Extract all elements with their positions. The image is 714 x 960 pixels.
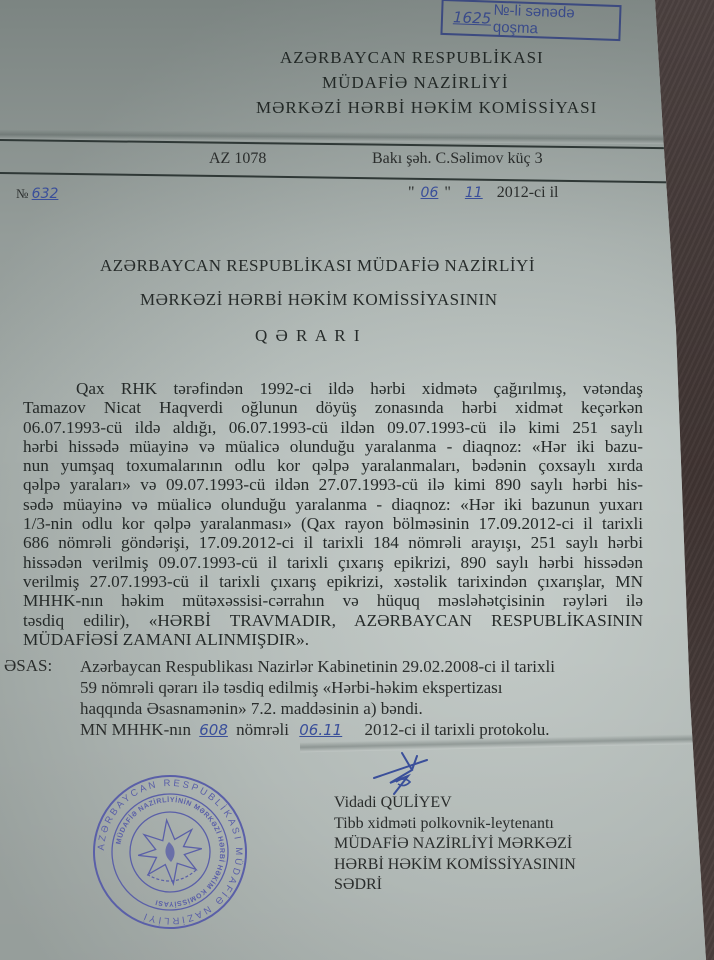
basis-line: Azərbaycan Respublikası Nazirlər Kabinet… [80, 656, 555, 677]
address: Bakı şəh. C.Səlimov küç 3 [372, 150, 543, 168]
signatory-rank: Tibb xidməti polkovnik-leytenantı [334, 814, 576, 835]
body-line: MHHK-nın həkim mütəxəssisi-cərrahın və h… [23, 591, 643, 610]
protocol-suffix: 2012-ci il tarixli protokolu. [364, 720, 549, 739]
reference-date: "06" 11 2012-ci il [408, 184, 558, 202]
body-line: hərbi hissədə müayinə və müalicə olunduğ… [23, 437, 643, 456]
protocol-number: 608 [195, 721, 232, 739]
date-day: 06 [415, 185, 445, 201]
protocol-mid: nömrəli [236, 720, 289, 739]
letterhead-line-3: MƏRKƏZİ HƏRBİ HƏKİM KOMİSSİYASI [256, 98, 597, 118]
protocol-line: MN MHHK-nın 608 nömrəli 06.11 2012-ci il… [80, 719, 555, 741]
body-line: verilmiş 27.07.1993-cü il tarixli çıxarı… [23, 572, 643, 591]
date-year: 2012-ci il [497, 184, 559, 201]
signature-block: Vidadi QULİYEV Tibb xidməti polkovnik-le… [334, 793, 576, 896]
decision-title-line-2: MƏRKƏZİ HƏRBİ HƏKİM KOMİSSİYASININ [140, 290, 497, 310]
decision-title-line-1: AZƏRBAYCAN RESPUBLİKASI MÜDAFİƏ NAZİRLİY… [100, 256, 535, 276]
body-line: nun yumşaq toxumalarının odlu kor qəlpə … [23, 456, 643, 475]
stamp-text: №-li sənədə qoşma [493, 2, 620, 40]
body-line: 686 nömrəli göndərişi, 17.09.2012-ci il … [23, 533, 643, 552]
document-page: 1625 №-li sənədə qoşma AZƏRBAYCAN RESPUB… [0, 0, 714, 960]
basis-line: haqqında Əsasnamənin» 7.2. maddəsinin a)… [80, 698, 555, 719]
basis-label: ƏSAS: [4, 656, 52, 676]
signatory-position-1: MÜDAFİƏ NAZİRLİYİ MƏRKƏZİ [334, 834, 576, 855]
signatory-position-2: HƏRBİ HƏKİM KOMİSSİYASININ [334, 855, 576, 876]
attachment-stamp: 1625 №-li sənədə qoşma [440, 0, 621, 41]
reference-number-field: № 632 [16, 186, 58, 202]
basis-text: Azərbaycan Respublikası Nazirlər Kabinet… [80, 656, 555, 741]
body-line: qəlpə yaraları» və 09.07.1993-cü ildən 2… [23, 475, 643, 494]
body-line: 1/3-nin odlu kor qəlpə yaralanması» (Qax… [23, 514, 643, 533]
signature-scribble-icon [372, 748, 442, 798]
body-line: Qax RHK tərəfindən 1992-ci ildə hərbi xi… [23, 379, 643, 398]
body-line: 06.07.1993-cü ildə aldığı, 06.07.1993-cü… [23, 418, 643, 437]
signatory-name: Vidadi QULİYEV [334, 793, 576, 814]
official-seal-icon: AZƏRBAYCAN RESPUBLİKASI MÜDAFİƏ NAZİRLİY… [82, 764, 258, 940]
body-line: Tamazov Nicat Haqverdi oğlunun döyüş zon… [23, 398, 643, 417]
letterhead-line-2: MÜDAFİƏ NAZİRLİYİ [322, 73, 509, 93]
stamp-handwritten-number: 1625 [453, 8, 492, 27]
signatory-position-3: SƏDRİ [334, 875, 576, 896]
body-line: hissədən verilmiş 09.07.1993-cü il tarix… [23, 553, 643, 572]
letterhead-rule-bottom [0, 172, 680, 183]
letterhead-line-1: AZƏRBAYCAN RESPUBLİKASI [280, 48, 544, 68]
body-line: təsdiq edilir), «HƏRBİ TRAVMADIR, AZƏRBA… [23, 611, 643, 630]
protocol-prefix: MN MHHK-nın [80, 720, 191, 739]
body-line: MÜDAFİƏSİ ZAMANI ALINMIŞDIR». [23, 630, 643, 649]
decision-title-qerari: Q Ə R A R I [255, 326, 362, 346]
reference-number: 632 [32, 186, 59, 202]
body-line: sədə müayinə və müalicə olunduğu yaralan… [23, 495, 643, 514]
postcode: AZ 1078 [209, 150, 266, 168]
decision-body: Qax RHK tərəfindən 1992-ci ildə hərbi xi… [23, 379, 643, 649]
date-month: 11 [455, 185, 493, 201]
protocol-date: 06.11 [293, 721, 360, 739]
number-sign: № [16, 186, 28, 201]
basis-line: 59 nömrəli qərarı ilə təsdiq edilmiş «Hə… [80, 677, 555, 698]
